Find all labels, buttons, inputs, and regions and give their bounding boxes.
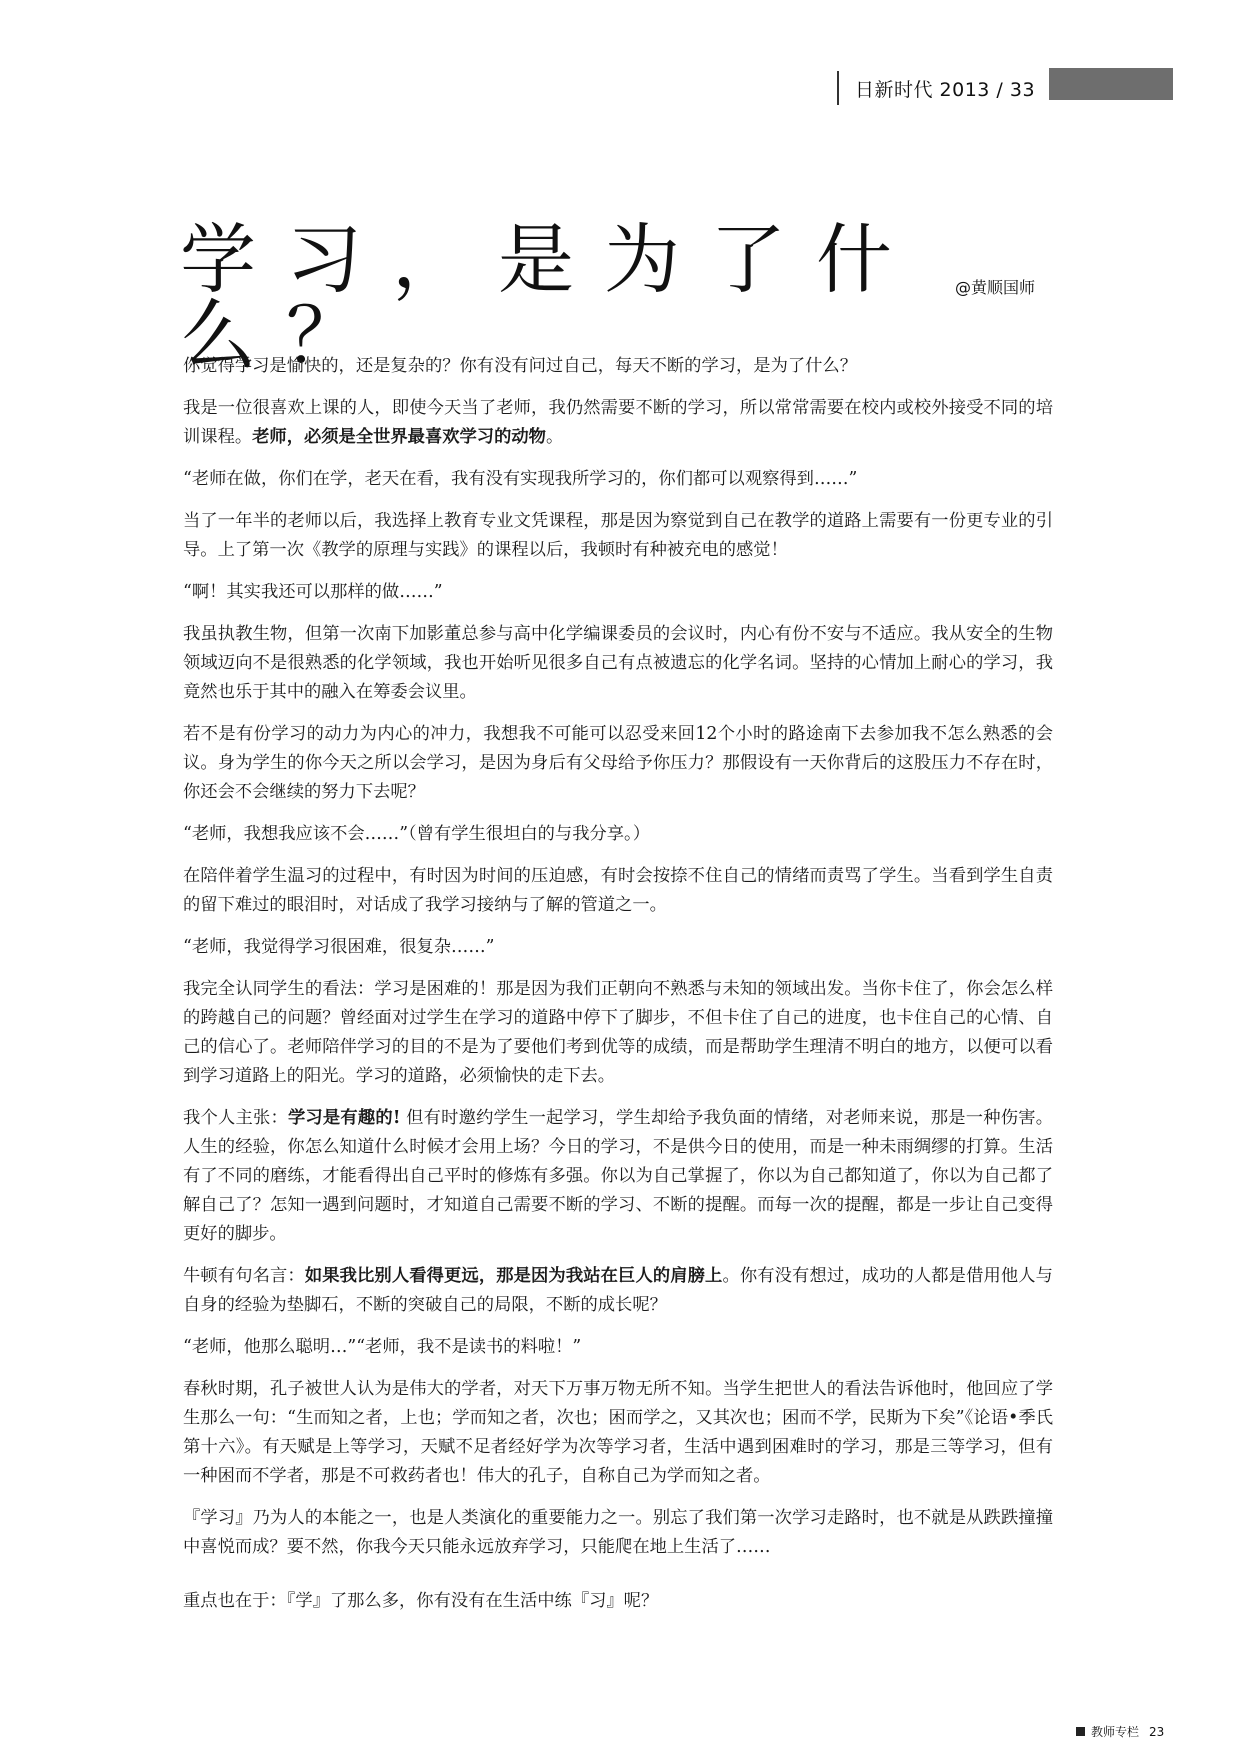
article-paragraph: “老师在做，你们在学，老天在看，我有没有实现我所学习的，你们都可以观察得到……” (183, 465, 1053, 494)
article-byline: @黄顺国师 (955, 275, 1035, 298)
paragraph-text: 我完全认同学生的看法：学习是困难的！那是因为我们正朝向不熟悉与未知的领域出发。当… (183, 979, 1053, 1086)
paragraph-text: “老师，他那么聪明…”“老师，我不是读书的料啦！” (183, 1337, 581, 1357)
article-paragraph: “啊！其实我还可以那样的做……” (183, 578, 1053, 607)
article-paragraph: 春秋时期，孔子被世人认为是伟大的学者，对天下万事万物无所不知。当学生把世人的看法… (183, 1375, 1053, 1491)
paragraph-text: “老师，我觉得学习很困难，很复杂……” (183, 937, 494, 957)
paragraph-text: 若不是有份学习的动力为内心的冲力，我想我不可能可以忍受来回12个小时的路途南下去… (183, 724, 1053, 802)
section-name: 教师专栏 (1091, 1723, 1139, 1740)
paragraph-text: 重点也在于：『学』了那么多，你有没有在生活中练『习』呢？ (183, 1591, 658, 1611)
article-paragraph: 我完全认同学生的看法：学习是困难的！那是因为我们正朝向不熟悉与未知的领域出发。当… (183, 975, 1053, 1091)
article-paragraph: 我虽执教生物，但第一次南下加影董总参与高中化学编课委员的会议时，内心有份不安与不… (183, 620, 1053, 707)
article-paragraph: 我个人主张：学习是有趣的! 但有时邀约学生一起学习，学生却给予我负面的情绪，对老… (183, 1104, 1053, 1249)
article-paragraph: “老师，我想我应该不会……”（曾有学生很坦白的与我分享。） (183, 820, 1053, 849)
paragraph-text: 当了一年半的老师以后，我选择上教育专业文凭课程，那是因为察觉到自己在教学的道路上… (183, 511, 1053, 560)
article-paragraph: 『学习』乃为人的本能之一，也是人类演化的重要能力之一。别忘了我们第一次学习走路时… (183, 1504, 1053, 1562)
header-divider (837, 71, 839, 105)
magazine-issue: 日新时代 2013 / 33 (855, 75, 1035, 102)
article-paragraph: 重点也在于：『学』了那么多，你有没有在生活中练『习』呢？ (183, 1587, 1053, 1616)
page-number: 23 (1149, 1725, 1164, 1739)
paragraph-text: “老师在做，你们在学，老天在看，我有没有实现我所学习的，你们都可以观察得到……” (183, 469, 857, 489)
article-paragraph: 在陪伴着学生温习的过程中，有时因为时间的压迫感，有时会按捺不住自己的情绪而责骂了… (183, 862, 1053, 920)
paragraph-text: 。 (546, 427, 563, 447)
page-header: 日新时代 2013 / 33 (837, 72, 1035, 104)
paragraph-text: “老师，我想我应该不会……”（曾有学生很坦白的与我分享。） (183, 824, 650, 844)
article-paragraph: 若不是有份学习的动力为内心的冲力，我想我不可能可以忍受来回12个小时的路途南下去… (183, 720, 1053, 807)
paragraph-text: 『学习』乃为人的本能之一，也是人类演化的重要能力之一。别忘了我们第一次学习走路时… (183, 1508, 1053, 1557)
emphasis-text: 如果我比别人看得更远，那是因为我站在巨人的肩膀上 (305, 1266, 723, 1286)
article-paragraph: 我是一位很喜欢上课的人，即使今天当了老师，我仍然需要不断的学习，所以常常需要在校… (183, 394, 1053, 452)
article-body: 你觉得学习是愉快的，还是复杂的？你有没有问过自己，每天不断的学习，是为了什么？我… (183, 352, 1053, 1629)
article-paragraph: “老师，我觉得学习很困难，很复杂……” (183, 933, 1053, 962)
emphasis-text: 老师，必须是全世界最喜欢学习的动物 (252, 427, 546, 447)
header-gray-block (1049, 68, 1173, 100)
paragraph-text: 但有时邀约学生一起学习，学生却给予我负面的情绪，对老师来说，那是一种伤害。人生的… (183, 1108, 1053, 1244)
paragraph-text: 春秋时期，孔子被世人认为是伟大的学者，对天下万事万物无所不知。当学生把世人的看法… (183, 1379, 1053, 1486)
paragraph-text: 在陪伴着学生温习的过程中，有时因为时间的压迫感，有时会按捺不住自己的情绪而责骂了… (183, 866, 1053, 915)
square-bullet-icon (1076, 1727, 1085, 1736)
paragraph-text: 牛顿有句名言： (183, 1266, 305, 1286)
article-paragraph: 牛顿有句名言：如果我比别人看得更远，那是因为我站在巨人的肩膀上。你有没有想过，成… (183, 1262, 1053, 1320)
paragraph-text: 我个人主张： (183, 1108, 288, 1128)
paragraph-text: “啊！其实我还可以那样的做……” (183, 582, 443, 602)
page-footer: 教师专栏 23 (1076, 1723, 1164, 1740)
article-paragraph: “老师，他那么聪明…”“老师，我不是读书的料啦！” (183, 1333, 1053, 1362)
article-paragraph: 你觉得学习是愉快的，还是复杂的？你有没有问过自己，每天不断的学习，是为了什么？ (183, 352, 1053, 381)
emphasis-text: 学习是有趣的! (288, 1108, 401, 1128)
article-paragraph: 当了一年半的老师以后，我选择上教育专业文凭课程，那是因为察觉到自己在教学的道路上… (183, 507, 1053, 565)
paragraph-text: 我虽执教生物，但第一次南下加影董总参与高中化学编课委员的会议时，内心有份不安与不… (183, 624, 1053, 702)
paragraph-text: 你觉得学习是愉快的，还是复杂的？你有没有问过自己，每天不断的学习，是为了什么？ (183, 356, 857, 376)
